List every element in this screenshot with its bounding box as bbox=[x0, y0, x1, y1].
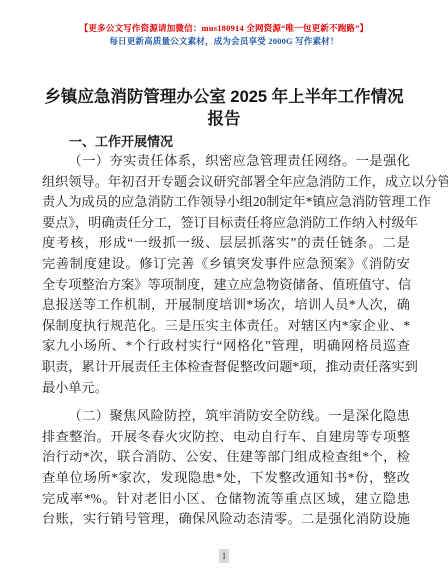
body-line: 组织领导。年初召开专题会议研究部署全年应急消防工作，成立以分管领导为组长、各负 bbox=[42, 172, 410, 193]
body-line: 责人为成员的应急消防工作领导小组20制定年*镇应急消防管理工作 bbox=[42, 192, 410, 213]
body-line: （一）夯实责任体系，织密应急管理责任网络。一是强化 bbox=[42, 151, 410, 172]
document-body: （一）夯实责任体系，织密应急管理责任网络。一是强化组织领导。年初召开专题会议研究… bbox=[42, 151, 410, 530]
ad-header-line1: 【更多公文写作资源请加微信：mus180914 全网资源“唯一包更新不跑路”】 bbox=[0, 21, 448, 35]
body-line: 度考核，形成“一级抓一级、层层抓落实”的责任链条。二是 bbox=[42, 233, 410, 254]
body-line: 家九小场所、*个行政村实行“网格化”管理，明确网格员巡查 bbox=[42, 336, 410, 357]
ad-header-line2: 每日更新高质量公文素材，成为会员享受 2000G 写作素材！ bbox=[0, 35, 448, 48]
body-line: 台账，实行销号管理，确保风险动态清零。二是强化消防设施 bbox=[42, 509, 410, 530]
ad-header: 【更多公文写作资源请加微信：mus180914 全网资源“唯一包更新不跑路”】 … bbox=[0, 21, 448, 48]
body-line: 完善制度建设。修订完善《乡镇突发事件应急预案》《消防安 bbox=[42, 254, 410, 275]
body-line: 全专项整治方案》等项制度，建立应急物资储备、值班值守、信 bbox=[42, 275, 410, 296]
body-line: 完成率*%。针对老旧小区、仓储物流等重点区域，建立隐患 bbox=[42, 489, 410, 510]
document-title: 乡镇应急消防管理办公室 2025 年上半年工作情况报告 bbox=[40, 86, 408, 130]
body-line: 息报送等工作机制，开展制度培训*场次，培训人员*人次，确 bbox=[42, 295, 410, 316]
body-line: 治行动*次，联合消防、公安、住建等部门组成检查组*个，检 bbox=[42, 447, 410, 468]
body-line: 保制度执行规范化。三是压实主体责任。对辖区内*家企业、* bbox=[42, 316, 410, 337]
document-page: 【更多公文写作资源请加微信：mus180914 全网资源“唯一包更新不跑路”】 … bbox=[0, 0, 448, 580]
body-line: 最小单元。 bbox=[42, 378, 410, 399]
body-line: 职责，累计开展责任主体检查督促整改问题*项，推动责任落实到 bbox=[42, 357, 410, 378]
body-line: 要点》，明确责任分工，签订目标责任将应急消防工作纳入村级年 bbox=[42, 213, 410, 234]
page-number: 1 bbox=[219, 549, 230, 563]
body-line: 排查整治。开展冬春火灾防控、电动自行车、自建房等专项整 bbox=[42, 427, 410, 448]
section-heading: 一、工作开展情况 bbox=[69, 131, 173, 150]
page-footer: 1 bbox=[0, 546, 448, 564]
body-line: 查单位场所*家次，发现隐患*处，下发整改通知书*份，整改 bbox=[42, 468, 410, 489]
body-line: （二）聚焦风险防控，筑牢消防安全防线。一是深化隐患 bbox=[42, 406, 410, 427]
